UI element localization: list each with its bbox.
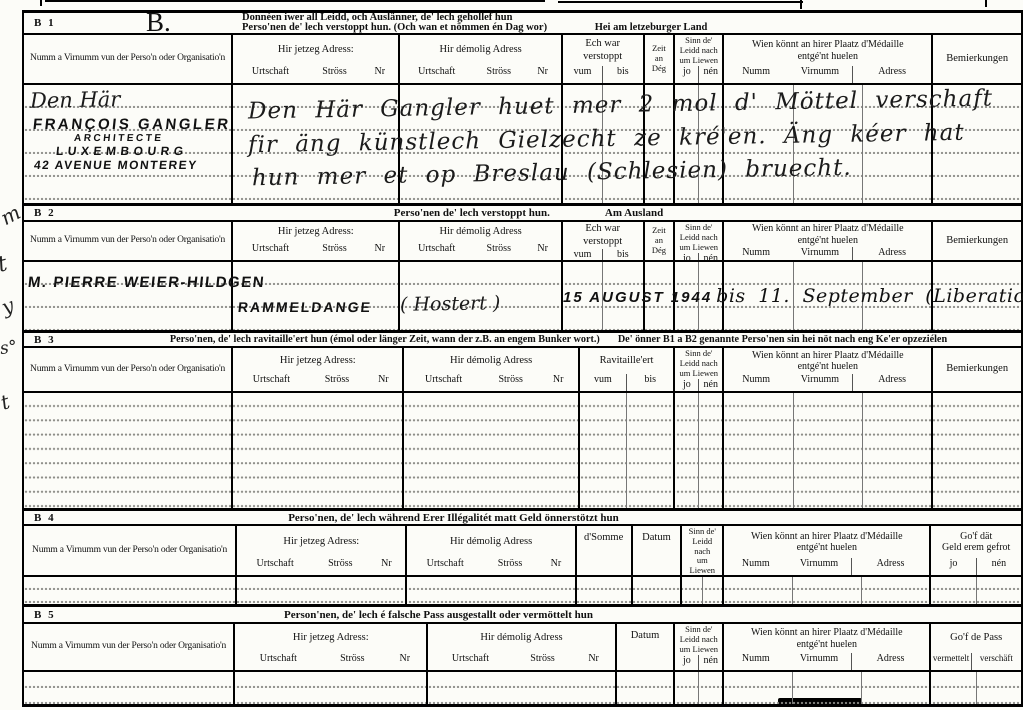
b5-sinn-3: um Liewen <box>680 645 718 655</box>
b2-sub-urtschaft2: Urtschaft <box>400 243 472 260</box>
b5-sub-stross2: Ströss <box>512 653 572 670</box>
b2-sub-nr: Nr <box>361 243 398 260</box>
b5-sub-verschaft: verschäft <box>971 653 1021 670</box>
b1-demolig-label: Hir démolig Adress <box>400 35 560 66</box>
section-b5-title: Person'nen, de' lech é falsche Pass ausg… <box>284 609 593 621</box>
b3-sub-bis: bis <box>626 374 673 391</box>
b4-sub-numm: Numm <box>724 558 787 575</box>
b1-col-bemierkungen: Bemierkungen <box>933 35 1021 83</box>
b1-entry-city: LUXEMBOURG <box>55 144 188 158</box>
section-b3-title-bar: B 3 Perso'nen, de' lech ravitaille'ert h… <box>24 330 1021 348</box>
b2-sub-jo: jo <box>675 253 698 260</box>
b3-col-demolig-adress: Hir démolig Adress UrtschaftStrössNr <box>404 348 579 391</box>
b1-sub-stross: Ströss <box>308 66 361 83</box>
b2-col-sinn: Sinn de'Leidd nachum Liewen jonén <box>675 222 724 260</box>
b3-col-ravitailleert: Ravitaille'ert vumbis <box>580 348 676 391</box>
b3-body <box>24 393 1021 508</box>
b4-jetzeg-label: Hir jetzeg Adress: <box>237 526 405 558</box>
b4-cell-name <box>24 577 237 604</box>
section-b1-id: B 1 <box>24 17 146 29</box>
b3-sub-nr: Nr <box>364 374 402 391</box>
b5-cell-demolig <box>428 672 616 704</box>
b5-body <box>24 672 1021 704</box>
b1-col-demolig-adress: Hir démolig Adress UrtschaftStrössNr <box>400 35 562 83</box>
b4-gof-1: Go'f dät <box>960 531 992 543</box>
b5-col-wien: Wien könnt an hirer Plaatz d'Médailleent… <box>724 624 931 670</box>
b3-cell-bem <box>933 393 1021 508</box>
b5-wien-1: Wien könnt an hirer Plaatz d'Médaille <box>751 627 903 639</box>
b1-sinn-3: um Liewen <box>680 56 718 66</box>
b4-sub-nr: Nr <box>367 558 405 575</box>
b2-zeit-3: Dég <box>652 246 666 256</box>
b3-sub-numm: Numm <box>724 374 788 391</box>
b2-sub-vum: vum <box>563 249 602 260</box>
b4-sinn-3: um Liewen <box>684 556 720 575</box>
b2-col-name: Numm a Virnumm vun der Perso'n oder Orga… <box>24 222 231 260</box>
b2-cell-jetzeg <box>233 262 400 330</box>
section-b4-id: B 4 <box>24 512 146 524</box>
b1-sub-adress: Adress <box>852 66 932 83</box>
b5-sub-adress: Adress <box>851 653 930 670</box>
b4-gof-2: Geld erem gefrot <box>942 542 1010 554</box>
b1-col-zeit: ZeitanDég <box>645 35 676 83</box>
b5-cell-sinn <box>675 672 724 704</box>
scan-artifact-tick <box>985 0 987 7</box>
b4-sub-nen2: nén <box>976 558 1021 575</box>
b4-col-jetzeg-adress: Hir jetzeg Adress: UrtschaftStrössNr <box>237 526 407 575</box>
b1-verstoppt-label: Ech war verstoppt <box>563 35 643 66</box>
b1-entry-street: 42 AVENUE MONTEREY <box>33 158 198 172</box>
b1-sub-urtschaft: Urtschaft <box>233 66 308 83</box>
b5-sub-numm: Numm <box>724 653 787 670</box>
b2-column-headers: Numm a Virnumm vun der Perso'n oder Orga… <box>24 222 1021 262</box>
b1-sub-nr: Nr <box>361 66 398 83</box>
b2-sub-bis: bis <box>602 249 642 260</box>
b3-wien-2: entgé'nt huelen <box>798 361 858 373</box>
b2-sub-numm: Numm <box>724 247 788 260</box>
b2-sub-stross: Ströss <box>308 243 361 260</box>
b5-col-datum: Datum <box>617 624 674 670</box>
b1-sub-virnumm: Virnumm <box>788 66 852 83</box>
b3-sub-adress: Adress <box>852 374 932 391</box>
b5-col-sinn: Sinn de'Leidd nachum Liewen jonén <box>675 624 724 670</box>
b4-cell-jetzeg <box>237 577 407 604</box>
b3-col-sinn: Sinn de'Leidd nachum Liewen jonén <box>675 348 724 391</box>
b2-col-zeit: ZeitanDég <box>645 222 676 260</box>
b3-sub-virnumm: Virnumm <box>788 374 852 391</box>
b3-sub-vum: vum <box>580 374 626 391</box>
b4-sub-stross: Ströss <box>313 558 367 575</box>
section-b4-title: Perso'nen, de' lech während Erer Illégal… <box>288 512 619 524</box>
b2-col-verstoppt: Ech war verstoppt vumbis <box>563 222 645 260</box>
b2-entry-date-from: 15 AUGUST 1944 <box>563 289 712 306</box>
b1-entry-profession: ARCHITECTE <box>73 133 164 144</box>
scan-artifact-line <box>45 0 545 2</box>
b2-col-demolig-adress: Hir démolig Adress UrtschaftStrössNr <box>400 222 562 260</box>
b5-sub-jo: jo <box>675 655 698 670</box>
b5-sub-stross: Ströss <box>322 653 384 670</box>
b5-sub-vermettelt: vermettelt <box>931 653 970 670</box>
b3-col-jetzeg-adress: Hir jetzeg Adress: UrtschaftStrössNr <box>233 348 404 391</box>
scan-artifact-tick <box>800 0 802 9</box>
b5-col-demolig-adress: Hir démolig Adress UrtschaftStrössNr <box>428 624 616 670</box>
b4-sub-stross2: Ströss <box>483 558 537 575</box>
b4-col-name: Numm a Virnumm vun der Perso'n oder Orga… <box>24 526 235 575</box>
b1-sub-nen: nén <box>698 66 722 83</box>
section-b3-title-suffix: De' önner B1 a B2 genannte Perso'nen sin… <box>618 334 947 345</box>
b5-cell-wien <box>724 672 931 704</box>
b2-col-wien: Wien könnt an hirer Plaatz d'Médailleent… <box>724 222 933 260</box>
b4-cell-datum <box>633 577 683 604</box>
section-b1-title-line2-text: Perso'nen de' lech verstoppt hun. (Och w… <box>242 22 547 33</box>
b4-body <box>24 577 1021 604</box>
section-b1-title-suffix: Hei am letzeburger Land <box>595 22 708 33</box>
b4-cell-gof <box>931 577 1021 604</box>
b2-entry-date-to: bis 11. September (Liberation) <box>716 285 1023 307</box>
b2-sinn-3: um Liewen <box>680 243 718 253</box>
b4-col-demolig-adress: Hir démolig Adress UrtschaftStrössNr <box>407 526 576 575</box>
b4-column-headers: Numm a Virnumm vun der Perso'n oder Orga… <box>24 526 1021 577</box>
b4-sub-jo2: jo <box>931 558 975 575</box>
b3-sub-urtschaft: Urtschaft <box>233 374 309 391</box>
b4-sub-urtschaft: Urtschaft <box>237 558 313 575</box>
b3-demolig-label: Hir démolig Adress <box>404 348 577 374</box>
b1-sub-numm: Numm <box>724 66 788 83</box>
b5-sub-nr2: Nr <box>573 653 615 670</box>
b3-cell-rav <box>580 393 676 508</box>
b1-sub-vum: vum <box>563 66 602 83</box>
b2-wien-1: Wien könnt an hirer Plaatz d'Médaille <box>752 223 904 235</box>
b3-sinn-3: um Liewen <box>680 369 718 379</box>
b1-col-verstoppt: Ech war verstoppt vumbis <box>563 35 645 83</box>
b4-col-wien: Wien könnt an hirer Plaatz d'Médailleent… <box>724 526 931 575</box>
b4-sub-urtschaft2: Urtschaft <box>407 558 483 575</box>
section-b3-id: B 3 <box>24 334 104 346</box>
b2-verstoppt-label: Ech war verstoppt <box>563 222 643 249</box>
b3-sub-stross: Ströss <box>310 374 365 391</box>
section-b2-title-suffix: Am Ausland <box>605 207 663 219</box>
b2-wien-2: entgé'nt huelen <box>798 235 858 247</box>
b3-sub-jo: jo <box>675 379 698 391</box>
b2-sub-virnumm: Virnumm <box>788 247 852 260</box>
b3-sub-stross2: Ströss <box>483 374 539 391</box>
b4-sub-nr2: Nr <box>537 558 575 575</box>
b4-cell-sinn <box>682 577 724 604</box>
scan-artifact-line <box>558 1 803 3</box>
b5-cell-gof <box>931 672 1021 704</box>
margin-pen-mark: m <box>0 200 24 230</box>
b4-sinn-2: Leidd nach <box>684 537 720 557</box>
b2-entry-dates: 15 AUGUST 1944 bis 11. September (Libera… <box>563 285 1023 307</box>
b2-demolig-label: Hir démolig Adress <box>400 222 560 243</box>
b2-sub-stross2: Ströss <box>473 243 525 260</box>
b3-col-wien: Wien könnt an hirer Plaatz d'Médailleent… <box>724 348 933 391</box>
b4-col-datum: Datum <box>633 526 681 575</box>
b1-sub-urtschaft2: Urtschaft <box>400 66 472 83</box>
b3-col-name: Numm a Virnumm vun der Perso'n oder Orga… <box>24 348 231 391</box>
b4-col-somme: d'Somme <box>577 526 631 575</box>
b5-col-name: Numm a Virnumm vun der Perso'n oder Orga… <box>24 624 233 670</box>
section-b2-title-bar: B 2 Perso'nen de' lech verstoppt hun. Am… <box>24 203 1021 222</box>
b3-cell-jetzeg <box>233 393 404 508</box>
b5-sub-nen: nén <box>698 655 722 670</box>
b3-cell-wien <box>724 393 933 508</box>
section-b5-title-bar: B 5 Person'nen, de' lech é falsche Pass … <box>24 604 1021 624</box>
b5-sub-virnumm: Virnumm <box>787 653 850 670</box>
b2-sub-adress: Adress <box>852 247 932 260</box>
b2-entry-name: M. PIERRE WEIER-HILDGEN <box>27 274 266 291</box>
margin-pen-mark: s° <box>0 337 19 359</box>
b3-cell-sinn <box>675 393 724 508</box>
b4-cell-somme <box>577 577 633 604</box>
b3-sub-nr2: Nr <box>539 374 578 391</box>
margin-pen-mark: y <box>0 293 17 319</box>
b1-zeit-3: Dég <box>652 64 666 74</box>
b3-sub-nen: nén <box>698 379 722 391</box>
b1-jetzeg-label: Hir jetzeg Adress: <box>233 35 398 66</box>
b5-column-headers: Numm a Virnumm vun der Perso'n oder Orga… <box>24 624 1021 672</box>
scan-artifact-tick <box>40 0 42 6</box>
b5-cell-datum <box>617 672 676 704</box>
section-b2-title: Perso'nen de' lech verstoppt hun. <box>394 207 550 219</box>
b5-col-jetzeg-adress: Hir jetzeg Adress: UrtschaftStrössNr <box>235 624 428 670</box>
b4-wien-2: entgé'nt huelen <box>797 542 857 554</box>
b2-col-jetzeg-adress: Hir jetzeg Adress: UrtschaftStrössNr <box>233 222 400 260</box>
scanned-form-page: m t y s° t B 1 B. Donnéen iwer all Leidd… <box>0 0 1023 710</box>
b3-cell-demolig <box>404 393 579 508</box>
b1-column-headers: Numm a Virnumm vun der Perso'n oder Orga… <box>24 35 1021 85</box>
margin-pen-mark: t <box>0 389 13 414</box>
b2-jetzeg-label: Hir jetzeg Adress: <box>233 222 398 243</box>
b5-cell-jetzeg <box>235 672 428 704</box>
b1-sub-stross2: Ströss <box>473 66 525 83</box>
b2-entry-urtschaft: RAMMELDANGE <box>237 299 373 315</box>
section-b1-title-bar: B 1 B. Donnéen iwer all Leidd, och Auslä… <box>24 10 1021 35</box>
b2-sub-nen: nén <box>698 253 722 260</box>
b3-rav-label: Ravitaille'ert <box>580 348 674 374</box>
b1-wien-1: Wien könnt an hirer Plaatz d'Médaille <box>752 39 904 51</box>
b2-sub-nr2: Nr <box>525 243 561 260</box>
b4-wien-1: Wien könnt an hirer Plaatz d'Médaille <box>751 531 903 543</box>
b1-col-name: Numm a Virnumm vun der Perso'n oder Orga… <box>24 35 231 83</box>
b1-entry-name: FRANÇOIS GANGLER <box>32 116 231 133</box>
b5-wien-2: entgé'nt huelen <box>797 639 857 651</box>
b1-wien-2: entgé'nt huelen <box>798 51 858 63</box>
b1-col-sinn: Sinn de'Leidd nachum Liewen jonén <box>675 35 724 83</box>
b3-sub-urtschaft2: Urtschaft <box>404 374 482 391</box>
b3-cell-name <box>24 393 233 508</box>
b4-cell-wien <box>724 577 931 604</box>
section-b5-id: B 5 <box>24 609 146 621</box>
b3-jetzeg-label: Hir jetzeg Adress: <box>233 348 402 374</box>
b5-gof-label: Go'f de Pass <box>931 624 1021 653</box>
b1-sub-bis: bis <box>602 66 642 83</box>
b1-col-wien: Wien könnt an hirer Plaatz d'Médailleent… <box>724 35 933 83</box>
b2-col-bemierkungen: Bemierkungen <box>933 222 1021 260</box>
b1-sub-nr2: Nr <box>525 66 561 83</box>
section-b2-id: B 2 <box>24 207 146 219</box>
big-letter-b: B. <box>146 12 242 32</box>
section-b1-title: Donnéen iwer all Leidd, och Auslänner, d… <box>242 13 1021 34</box>
section-b3-title: Perso'nen, de' lech ravitaille'ert hun (… <box>170 334 600 345</box>
b2-entry-urtschaft-note: ( Hostert ) <box>400 292 501 316</box>
b4-demolig-label: Hir démolig Adress <box>407 526 574 558</box>
b2-cell-name <box>24 262 233 330</box>
section-b4-title-bar: B 4 Perso'nen, de' lech während Erer Ill… <box>24 508 1021 526</box>
b4-cell-demolig <box>407 577 576 604</box>
b1-sub-jo: jo <box>675 66 698 83</box>
b4-col-gof-geld: Go'f dätGeld erem gefrot jonén <box>931 526 1021 575</box>
b3-column-headers: Numm a Virnumm vun der Perso'n oder Orga… <box>24 348 1021 393</box>
b5-sub-nr: Nr <box>383 653 426 670</box>
b3-wien-1: Wien könnt an hirer Plaatz d'Médaille <box>752 350 904 362</box>
b1-col-jetzeg-adress: Hir jetzeg Adress: UrtschaftStrössNr <box>233 35 400 83</box>
margin-pen-mark: t <box>0 251 10 277</box>
b1-entry-salutation: Den Här <box>30 87 121 113</box>
b4-sub-virnumm: Virnumm <box>787 558 850 575</box>
b5-sub-urtschaft: Urtschaft <box>235 653 321 670</box>
b5-sub-urtschaft2: Urtschaft <box>428 653 512 670</box>
b5-jetzeg-label: Hir jetzeg Adress: <box>235 624 426 653</box>
b5-cell-name <box>24 672 235 704</box>
b2-sub-urtschaft: Urtschaft <box>233 243 308 260</box>
b4-col-sinn: Sinn de'Leidd nachum Liewen jonén <box>682 526 724 575</box>
b3-col-bemierkungen: Bemierkungen <box>933 348 1021 391</box>
section-b1-title-line2: Perso'nen de' lech verstoppt hun. (Och w… <box>242 23 1021 34</box>
b5-col-gof-pass: Go'f de Pass vermetteltverschäft <box>931 624 1021 670</box>
b4-sub-adress: Adress <box>851 558 930 575</box>
b5-demolig-label: Hir démolig Adress <box>428 624 614 653</box>
